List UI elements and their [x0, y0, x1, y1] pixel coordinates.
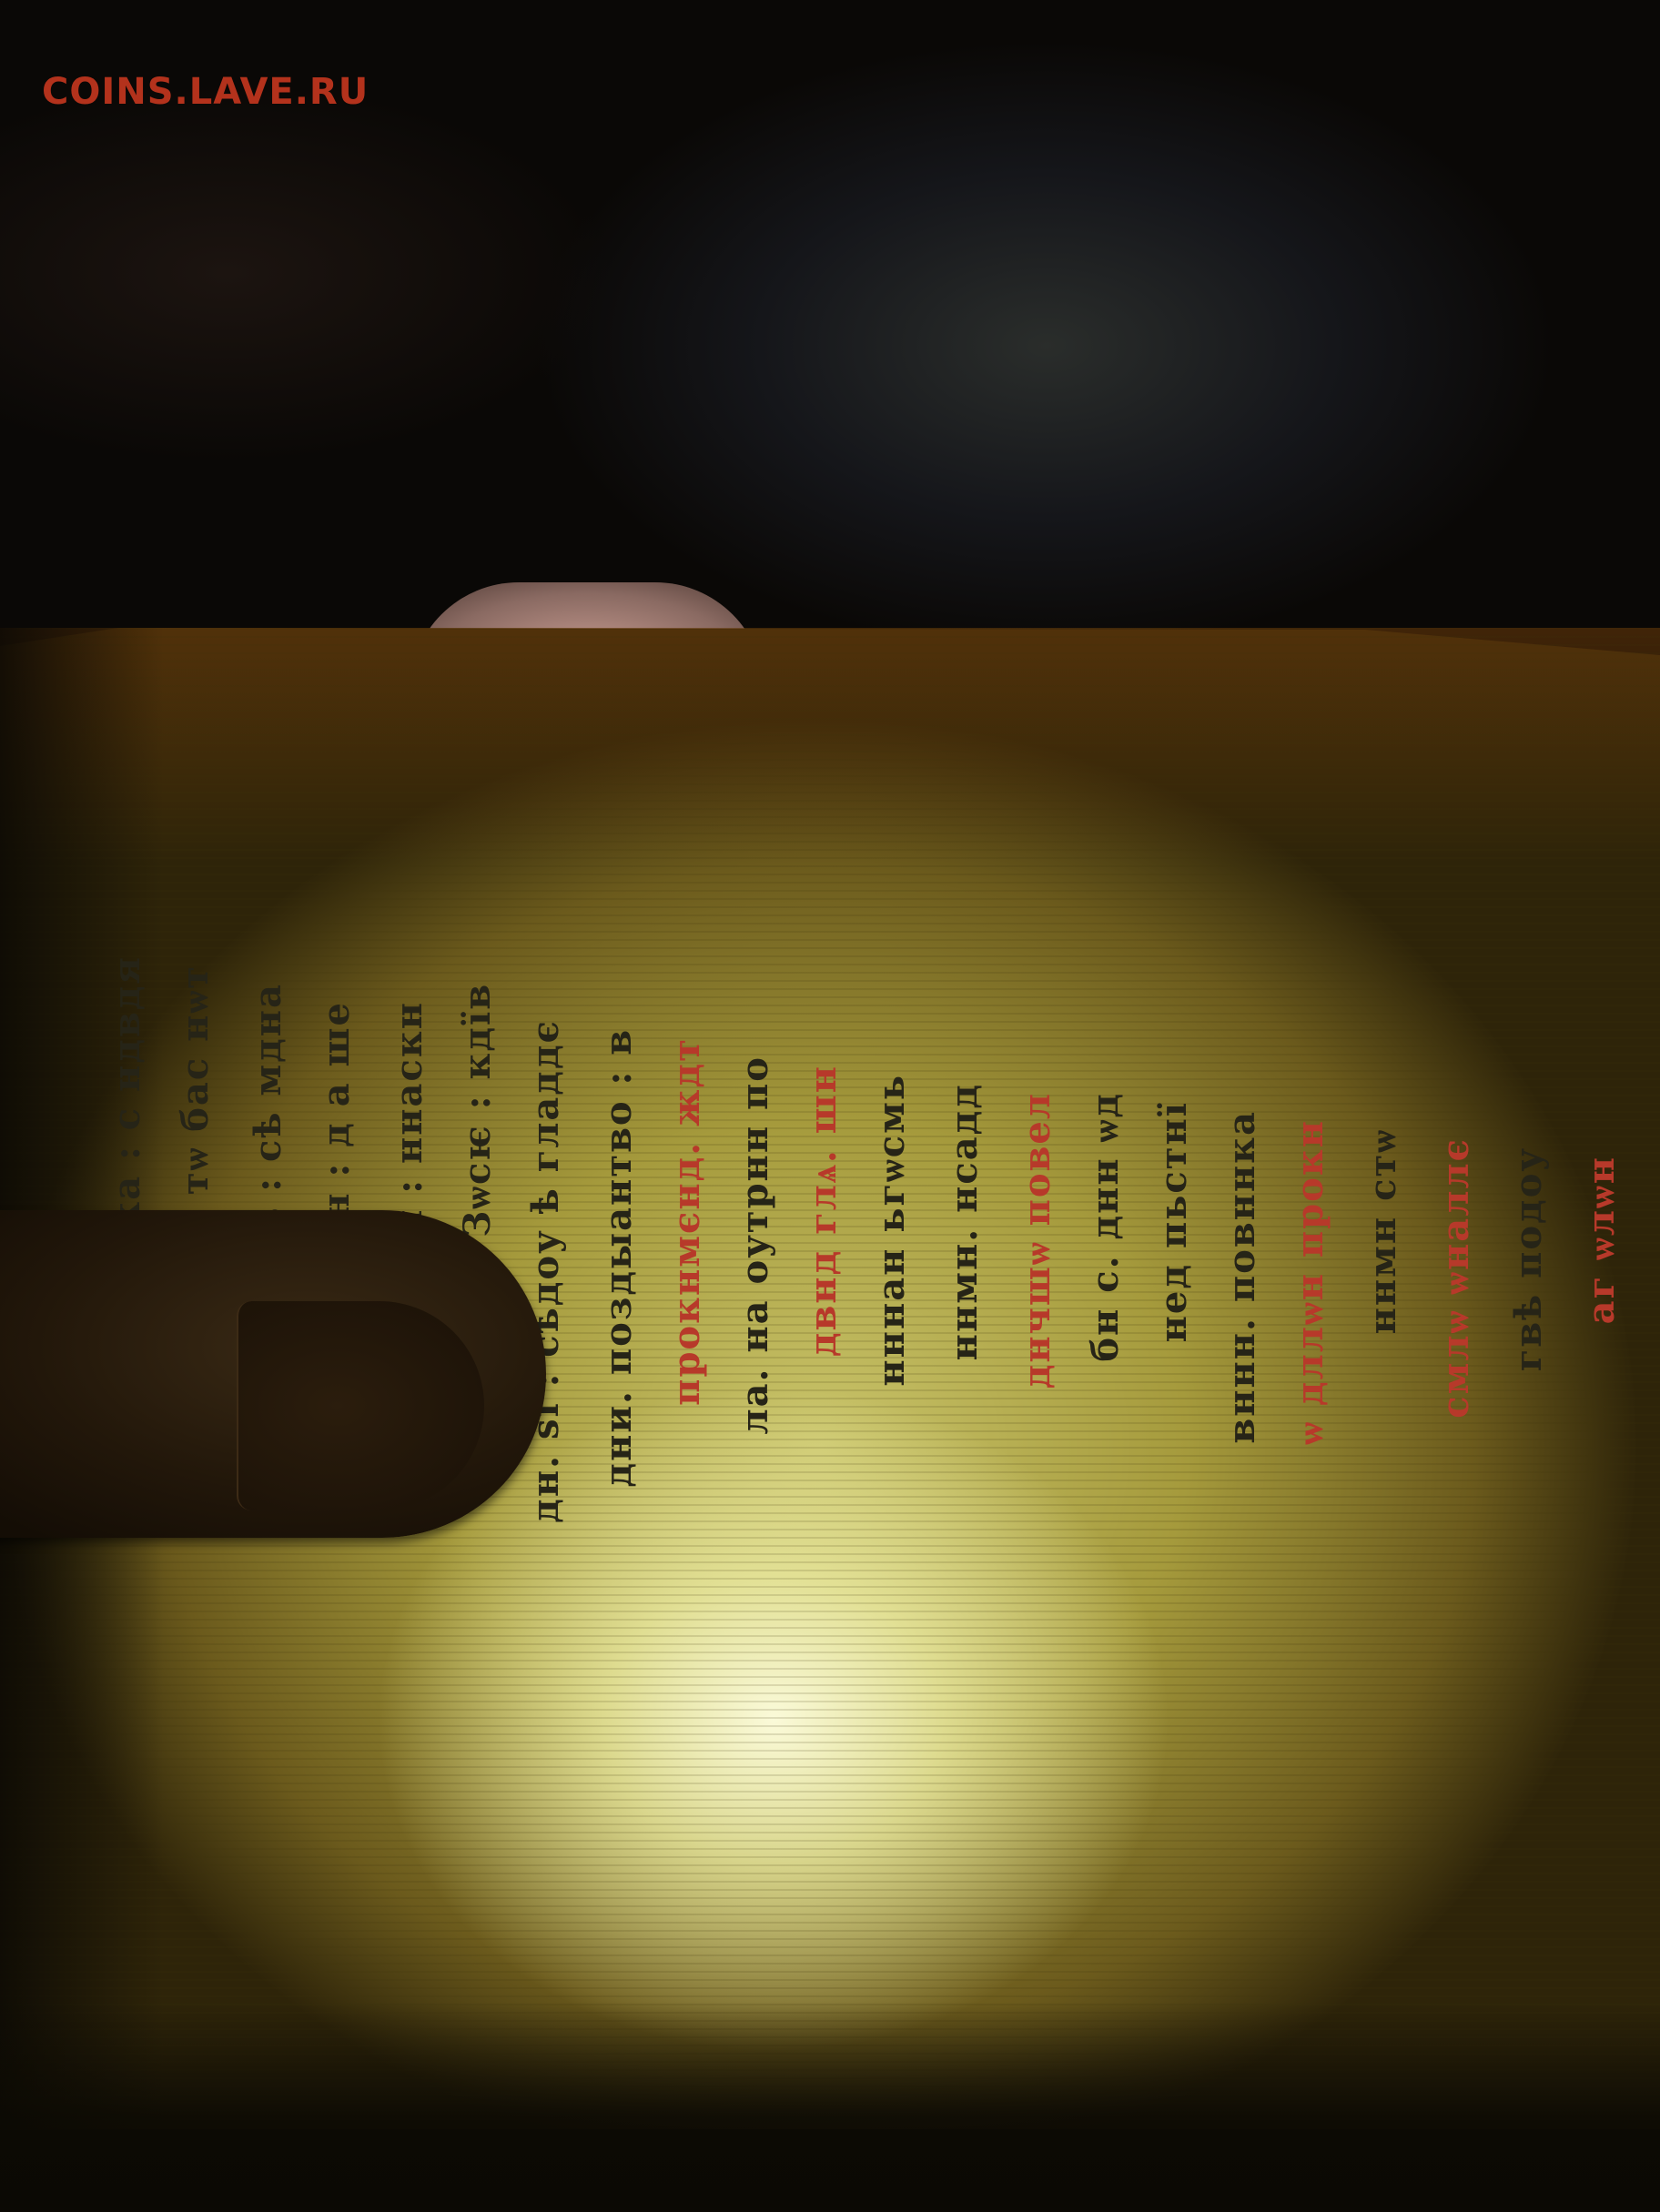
page-bottom-shadow — [0, 2002, 1660, 2212]
watermark: COINS.LAVE.RU — [42, 71, 369, 113]
manuscript-text-column: ѡ дллѡн прокн — [1292, 1119, 1329, 1445]
manuscript-text-column: смлѡ ѡналлє — [1438, 1137, 1474, 1419]
manuscript-text-column: нннан ьгѡсмь — [874, 1074, 910, 1387]
manuscript-text-column: днчшѡ повел — [1019, 1092, 1056, 1389]
manuscript-text-column: ннмн. нсадд — [946, 1083, 983, 1360]
manuscript-text-column: ла. на оутрнн по — [737, 1055, 774, 1435]
manuscript-text-column: аг ѡлѡн — [1584, 1156, 1620, 1324]
finger — [0, 1210, 546, 1538]
manuscript-text-column: вннн. повннка — [1224, 1110, 1260, 1444]
manuscript-text-column: дни. поздыантво : в — [601, 1028, 637, 1488]
manuscript-text-column: бн с. днн ѡд — [1088, 1092, 1124, 1362]
manuscript-text-column: дн. ѕi : сѣдоу ѣ гладдє — [528, 1019, 564, 1523]
manuscript-text-column: нед пьстнї — [1156, 1101, 1192, 1342]
manuscript-text-column: прокнмєнд. ждт — [669, 1037, 705, 1406]
fingernail — [237, 1301, 484, 1510]
manuscript-text-column: гвѣ подоу — [1511, 1146, 1547, 1371]
manuscript-text-column: двнд глѧ. шн — [805, 1065, 842, 1357]
manuscript-text-column: ннмн стѡ — [1365, 1128, 1402, 1334]
